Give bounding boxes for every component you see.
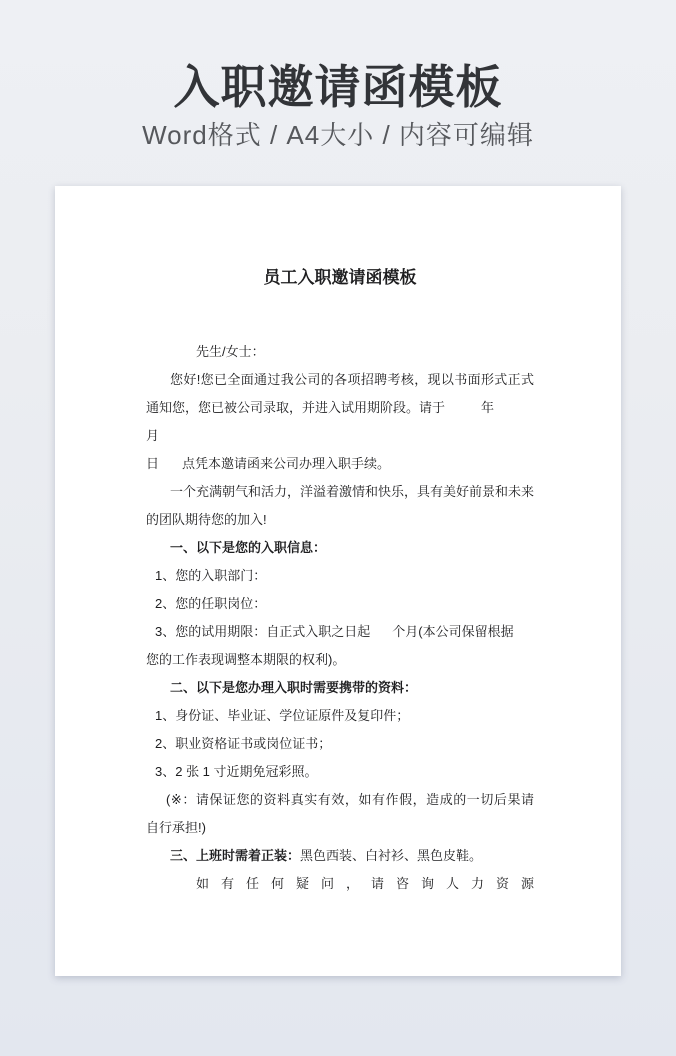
doc-line: 3、您的试用期限：自正式入职之日起个月(本公司保留根据 [146, 618, 534, 646]
doc-line: 一个充满朝气和活力，洋溢着激情和快乐，具有美好前景和未来 [146, 478, 534, 506]
blank-fill-in-field [370, 634, 392, 636]
doc-text: 点凭本邀请函来公司办理入职手续。 [182, 456, 390, 471]
blank-fill-in-field [445, 410, 481, 412]
doc-line: 您的工作表现调整本期限的权利)。 [146, 646, 534, 674]
template-title: 入职邀请函模板 [0, 60, 676, 115]
doc-line: 1、身份证、毕业证、学位证原件及复印件； [146, 702, 534, 730]
doc-line: 二、以下是您办理入职时需要携带的资料： [146, 674, 534, 702]
doc-text: 年 [481, 400, 494, 415]
doc-text: 日 [146, 456, 159, 471]
doc-line: 三、上班时需着正装：黑色西装、白衬衫、黑色皮鞋。 [146, 842, 534, 870]
doc-text: 1、您的入职部门： [155, 568, 266, 583]
doc-text: 2、职业资格证书或岗位证书； [155, 736, 331, 751]
doc-text: 通知您，您已被公司录取，并进入试用期阶段。请于 [146, 400, 445, 415]
doc-line: (※：请保证您的资料真实有效，如有作假，造成的一切后果请 [146, 786, 534, 814]
doc-line: 的团队期待您的加入! [146, 506, 534, 534]
doc-line: 1、您的入职部门： [146, 562, 534, 590]
doc-text: 先生/女士： [196, 344, 265, 359]
doc-text: 2、您的任职岗位： [155, 596, 266, 611]
doc-text: (※：请保证您的资料真实有效，如有作假，造成的一切后果请 [166, 792, 534, 807]
doc-text: 月 [146, 428, 159, 443]
doc-text: 3、您的试用期限：自正式入职之日起 [155, 624, 370, 639]
template-header: 入职邀请函模板 Word格式 / A4大小 / 内容可编辑 [0, 0, 676, 153]
doc-line: 3、2 张 1 寸近期免冠彩照。 [146, 758, 534, 786]
doc-line: 如 有 任 何 疑 问 ， 请 咨 询 人 力 资 源 [146, 870, 534, 898]
doc-text: 一个充满朝气和活力，洋溢着激情和快乐，具有美好前景和未来 [170, 484, 534, 499]
doc-text: 自行承担!) [146, 820, 206, 835]
doc-line: 2、职业资格证书或岗位证书； [146, 730, 534, 758]
doc-text: 黑色西装、白衬衫、黑色皮鞋。 [300, 848, 482, 863]
doc-text: 1、身份证、毕业证、学位证原件及复印件； [155, 708, 409, 723]
doc-text: 如 有 任 何 疑 问 ， 请 咨 询 人 力 资 源 [196, 876, 534, 891]
blank-fill-in-field [494, 410, 528, 412]
doc-line: 您好!您已全面通过我公司的各项招聘考核，现以书面形式正式 [146, 366, 534, 394]
blank-fill-in-field [159, 466, 182, 468]
doc-text: 一、以下是您的入职信息： [170, 540, 326, 555]
doc-text: 三、上班时需着正装： [170, 848, 300, 863]
document-heading: 员工入职邀请函模板 [146, 264, 534, 292]
doc-line: 一、以下是您的入职信息： [146, 534, 534, 562]
doc-text: 个月(本公司保留根据 [392, 624, 513, 639]
doc-text: 3、2 张 1 寸近期免冠彩照。 [155, 764, 318, 779]
document-page: 员工入职邀请函模板 先生/女士：您好!您已全面通过我公司的各项招聘考核，现以书面… [55, 186, 621, 976]
doc-line: 日点凭本邀请函来公司办理入职手续。 [146, 450, 534, 478]
doc-line: 2、您的任职岗位： [146, 590, 534, 618]
doc-text: 的团队期待您的加入! [146, 512, 267, 527]
doc-text: 您好!您已全面通过我公司的各项招聘考核，现以书面形式正式 [170, 372, 534, 387]
doc-text: 二、以下是您办理入职时需要携带的资料： [170, 680, 417, 695]
doc-line: 自行承担!) [146, 814, 534, 842]
template-subtitle: Word格式 / A4大小 / 内容可编辑 [0, 119, 676, 153]
doc-line: 通知您，您已被公司录取，并进入试用期阶段。请于年月 [146, 394, 534, 450]
doc-text: 您的工作表现调整本期限的权利)。 [146, 652, 345, 667]
doc-body: 先生/女士：您好!您已全面通过我公司的各项招聘考核，现以书面形式正式通知您，您已… [146, 338, 534, 898]
doc-line: 先生/女士： [146, 338, 534, 366]
